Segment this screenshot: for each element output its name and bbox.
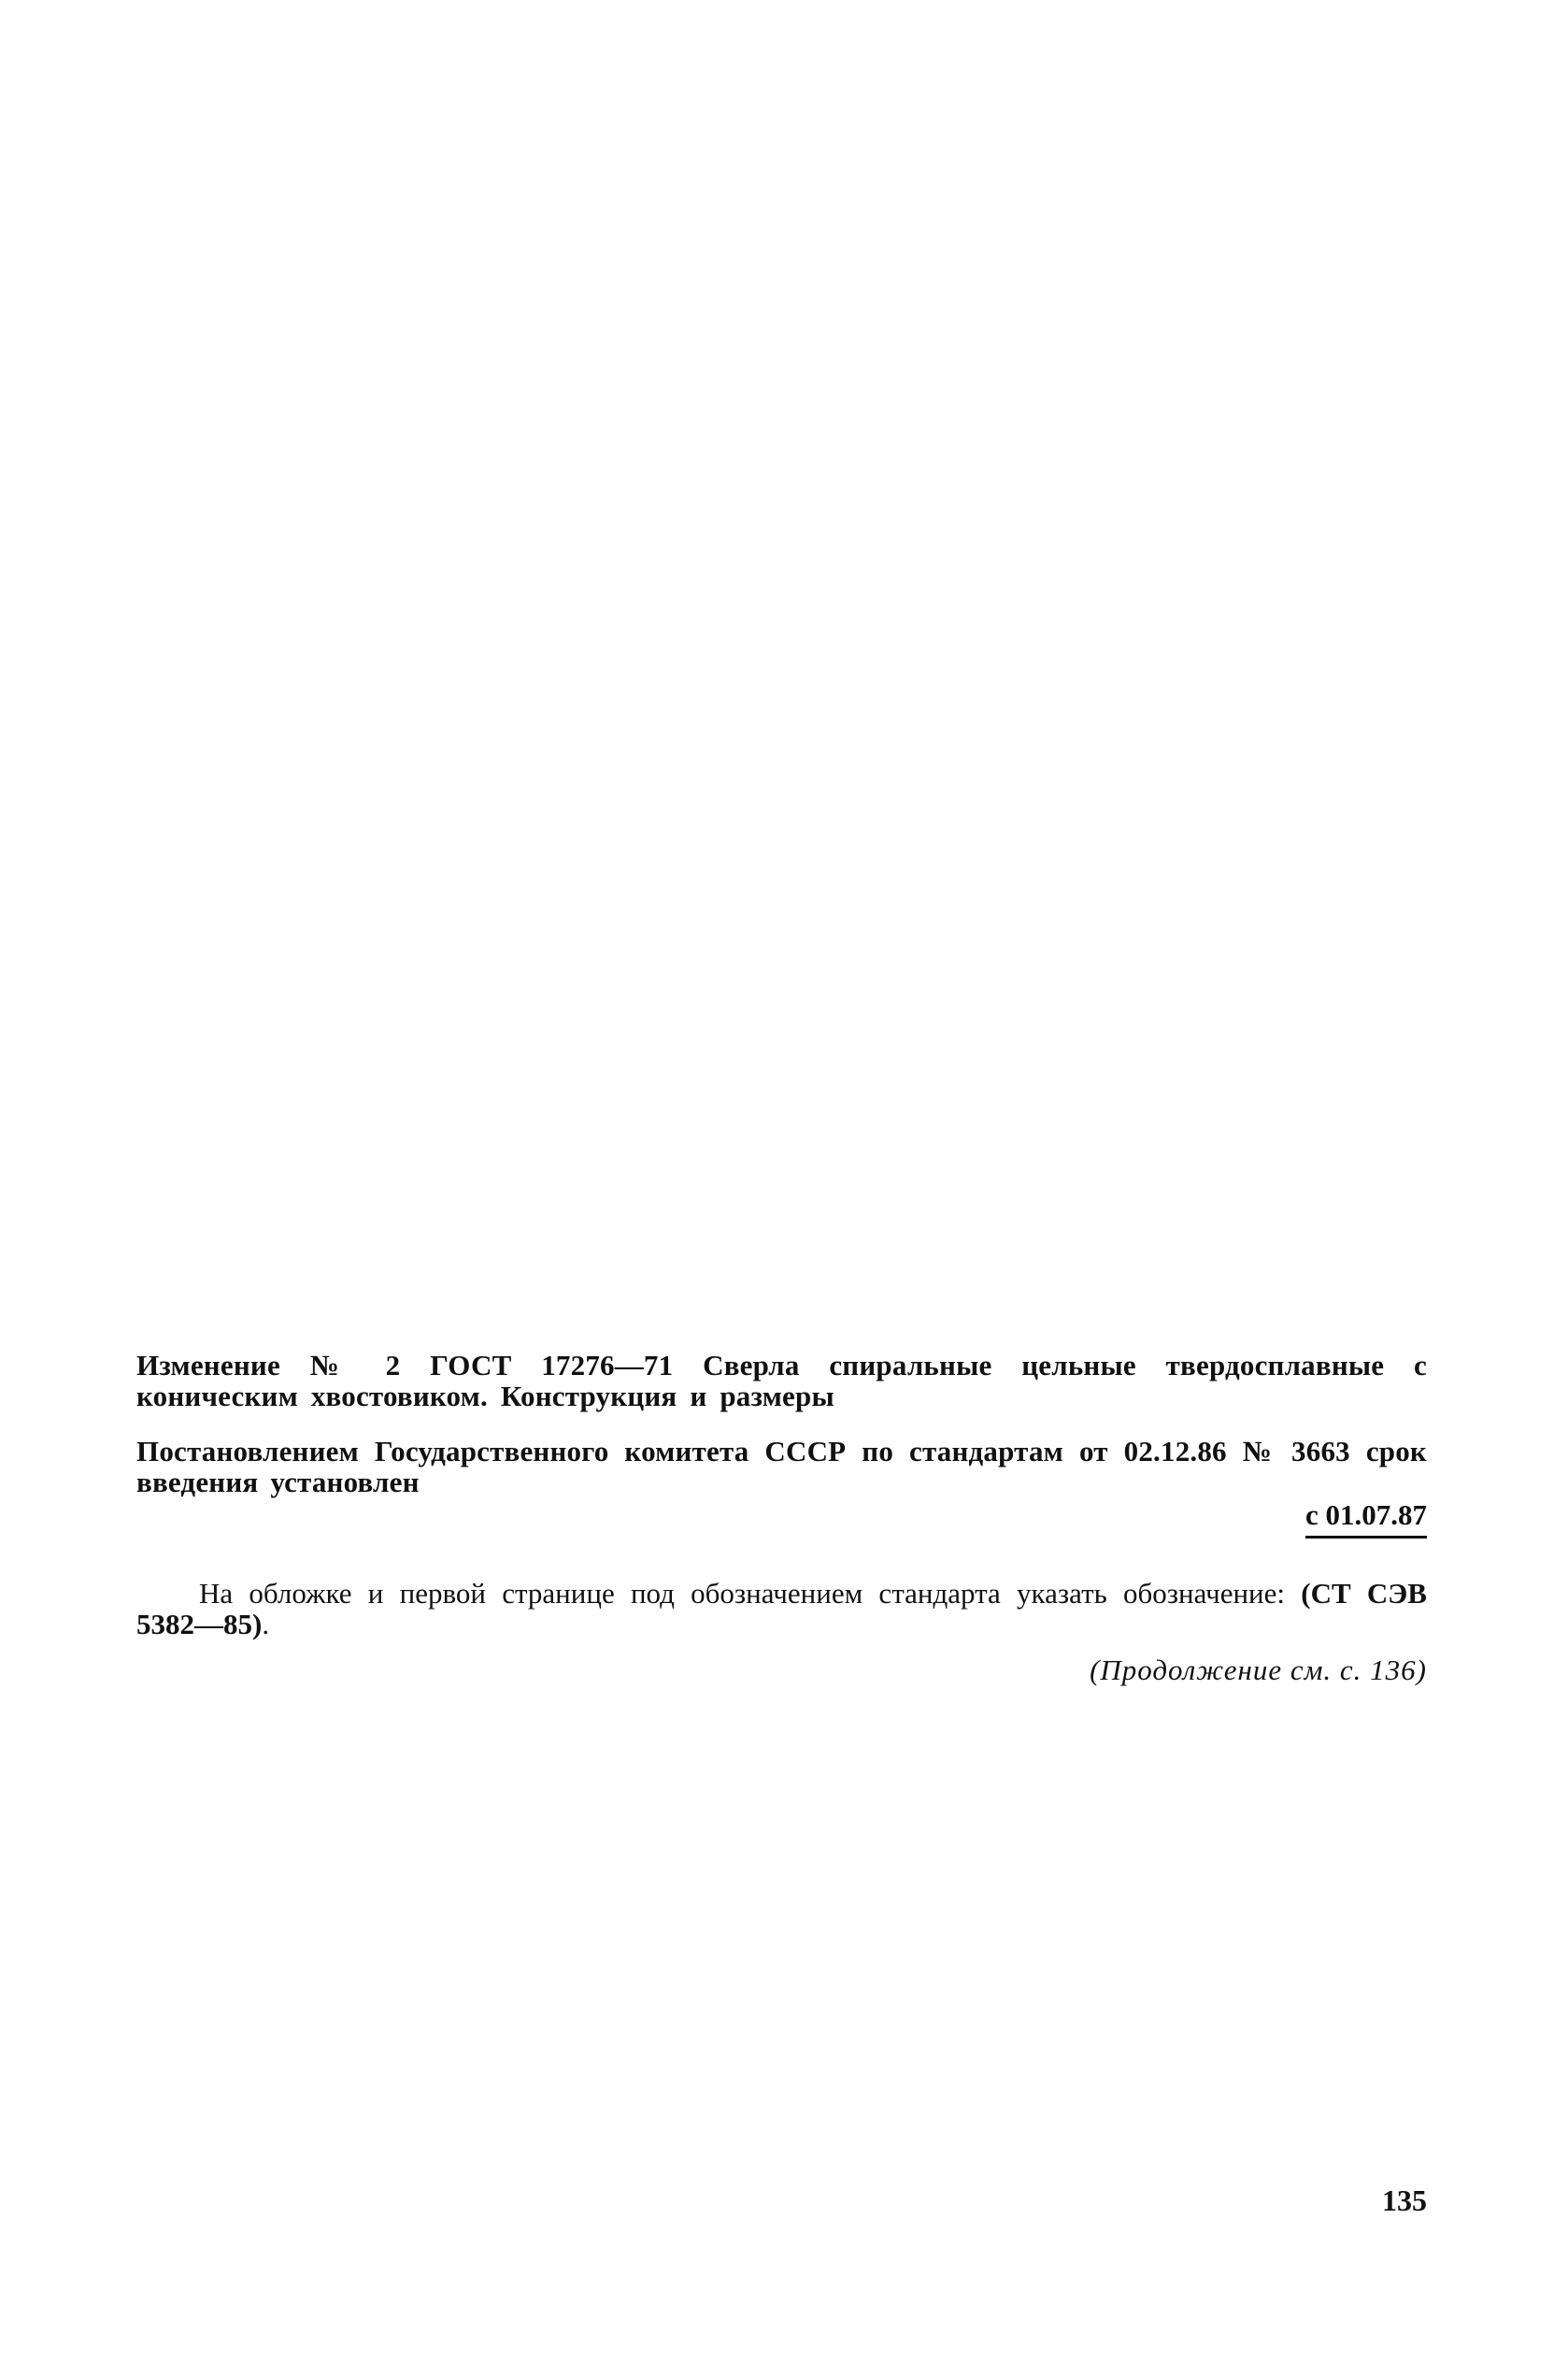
instruction-text: На обложке и первой странице под обознач… (199, 1577, 1301, 1610)
document-page: Изменение № 2 ГОСТ 17276—71 Сверла спира… (0, 0, 1568, 2362)
instruction-paragraph: На обложке и первой странице под обознач… (136, 1578, 1427, 1639)
effective-date: с 01.07.87 (1305, 1499, 1427, 1539)
amendment-title: Изменение № 2 ГОСТ 17276—71 Сверла спира… (136, 1350, 1427, 1411)
resolution-statement: Постановлением Государственного комитета… (136, 1436, 1427, 1497)
page-number: 135 (1382, 2184, 1427, 2216)
continuation-note: (Продолжение см. с. 136) (1090, 1654, 1427, 1685)
instruction-end: . (262, 1608, 269, 1640)
